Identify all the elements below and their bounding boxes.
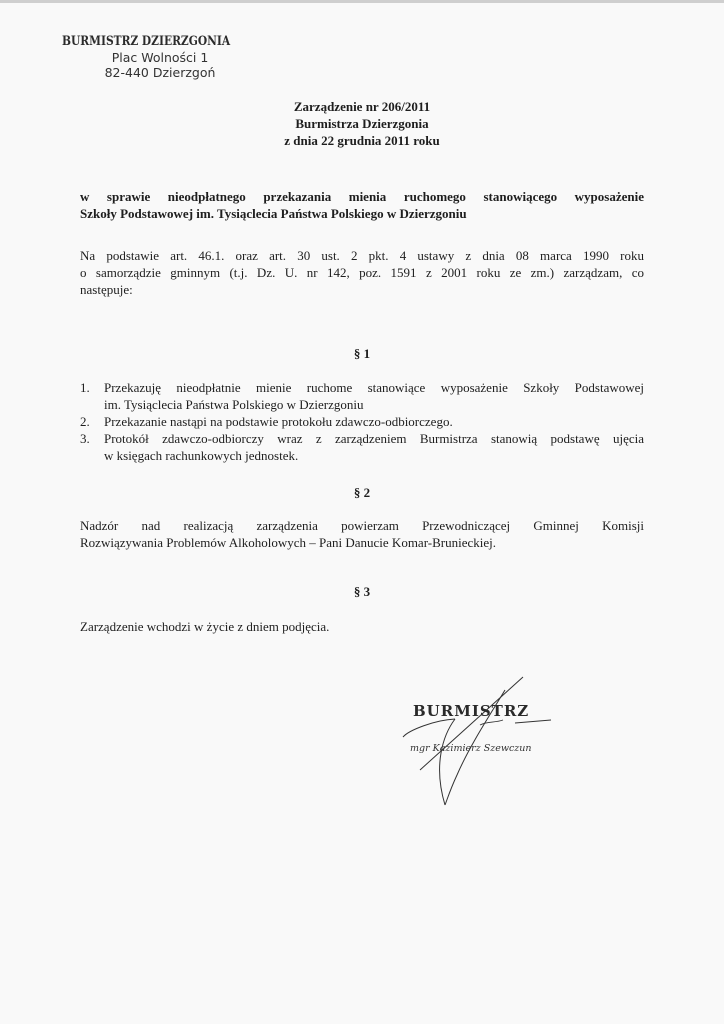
section-2-heading: § 2 [0, 485, 724, 501]
section-3-text: Zarządzenie wchodzi w życie z dniem podj… [80, 618, 644, 635]
section-1-list: 1. Przekazuję nieodpłatnie mienie ruchom… [80, 379, 644, 464]
document-subject: w sprawie nieodpłatnego przekazania mien… [80, 188, 644, 222]
item-text-line-1: Protokół zdawczo-odbiorczy wraz z zarząd… [104, 430, 644, 447]
preamble-line-1: Na podstawie art. 46.1. oraz art. 30 ust… [80, 247, 644, 264]
preamble-line-2: o samorządzie gminnym (t.j. Dz. U. nr 14… [80, 264, 644, 281]
list-item: 2. Przekazanie nastąpi na podstawie prot… [80, 413, 644, 430]
item-number: 1. [80, 379, 90, 396]
list-item: 1. Przekazuję nieodpłatnie mienie ruchom… [80, 379, 644, 413]
section-2-text: Nadzór nad realizacją zarządzenia powier… [80, 517, 644, 551]
item-text-line-2: w księgach rachunkowych jednostek. [104, 448, 298, 463]
item-text-line-1: Przekazanie nastąpi na podstawie protoko… [104, 414, 453, 429]
stamp-office-name: BURMISTRZ DZIERZGONIA [62, 34, 224, 49]
section-3-line-1: Zarządzenie wchodzi w życie z dniem podj… [80, 618, 644, 635]
title-issuer: Burmistrza Dzierzgonia [0, 115, 724, 132]
subject-line-1: w sprawie nieodpłatnego przekazania mien… [80, 188, 644, 205]
item-text-line-2: im. Tysiąclecia Państwa Polskiego w Dzie… [104, 397, 364, 412]
item-number: 2. [80, 413, 90, 430]
section-2-line-1: Nadzór nad realizacją zarządzenia powier… [80, 517, 644, 534]
handwritten-signature-icon [395, 675, 595, 815]
document-title: Zarządzenie nr 206/2011 Burmistrza Dzier… [0, 98, 724, 149]
office-stamp: BURMISTRZ DZIERZGONIA Plac Wolności 1 82… [60, 34, 260, 80]
stamp-city: 82-440 Dzierzgoń [60, 65, 260, 80]
section-3-heading: § 3 [0, 584, 724, 600]
subject-line-2: Szkoły Podstawowej im. Tysiąclecia Państ… [80, 206, 467, 221]
item-text-line-1: Przekazuję nieodpłatnie mienie ruchome s… [104, 379, 644, 396]
section-1-heading: § 1 [0, 346, 724, 362]
preamble: Na podstawie art. 46.1. oraz art. 30 ust… [80, 247, 644, 298]
preamble-line-3: następuje: [80, 281, 644, 298]
item-number: 3. [80, 430, 90, 447]
section-2-line-2: Rozwiązywania Problemów Alkoholowych – P… [80, 534, 644, 551]
title-number: Zarządzenie nr 206/2011 [0, 98, 724, 115]
signature-block: BURMISTRZ mgr Kazimierz Szewczun [395, 675, 595, 815]
stamp-street: Plac Wolności 1 [60, 50, 260, 65]
title-date: z dnia 22 grudnia 2011 roku [0, 132, 724, 149]
scan-edge [0, 0, 724, 3]
list-item: 3. Protokół zdawczo-odbiorczy wraz z zar… [80, 430, 644, 464]
